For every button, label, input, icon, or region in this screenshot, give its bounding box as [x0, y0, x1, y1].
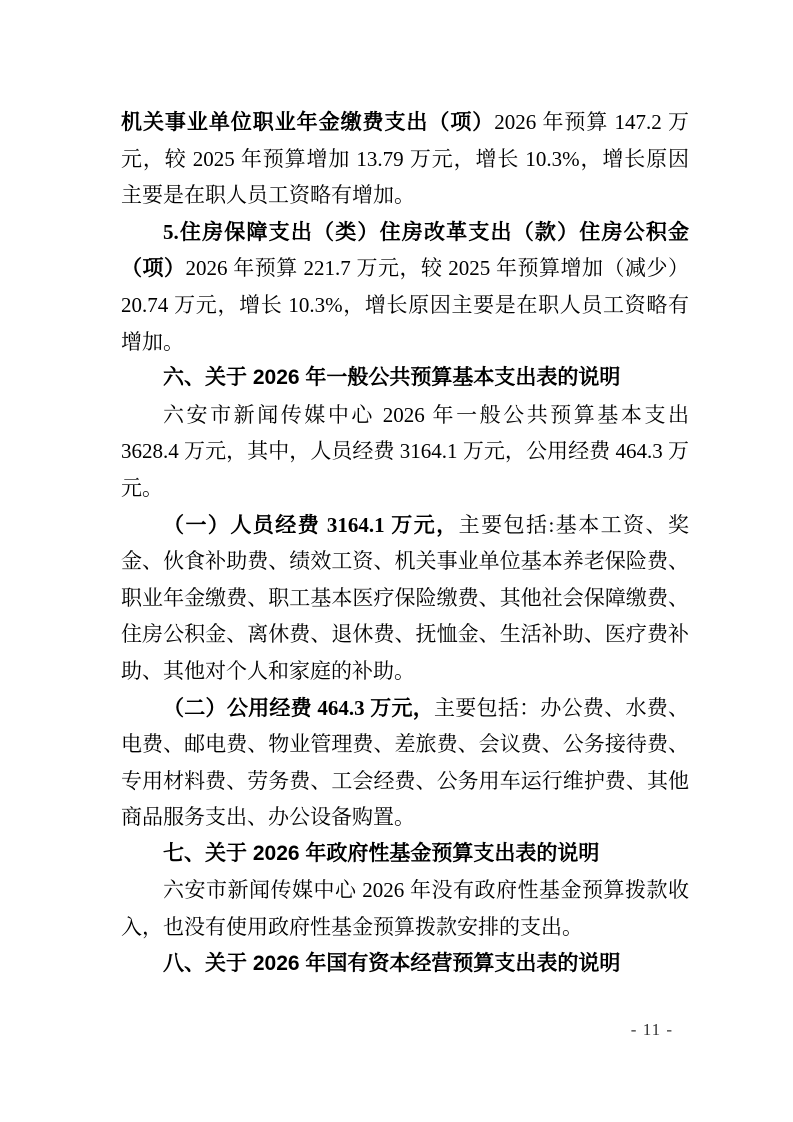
document-page: 机关事业单位职业年金缴费支出（项）2026 年预算 147.2 万元，较 202… [0, 0, 793, 1122]
paragraph: （一）人员经费 3164.1 万元，主要包括:基本工资、奖金、伙食补助费、绩效工… [121, 507, 689, 690]
paragraph: 机关事业单位职业年金缴费支出（项）2026 年预算 147.2 万元，较 202… [121, 104, 689, 214]
text-run: 六安市新闻传媒中心 2026 年没有政府性基金预算拨款收入，也没有使用政府性基金… [121, 878, 689, 939]
bold-text-run: 六、关于 2026 年一般公共预算基本支出表的说明 [163, 366, 620, 389]
paragraph: 六安市新闻传媒中心 2026 年一般公共预算基本支出 3628.4 万元，其中，… [121, 397, 689, 507]
text-run: 六安市新闻传媒中心 2026 年一般公共预算基本支出 3628.4 万元，其中，… [121, 403, 689, 500]
paragraph: 六安市新闻传媒中心 2026 年没有政府性基金预算拨款收入，也没有使用政府性基金… [121, 872, 689, 945]
section-heading: 八、关于 2026 年国有资本经营预算支出表的说明 [121, 946, 689, 983]
page-number: - 11 - [631, 1020, 673, 1040]
text-run: 2026 年预算 221.7 万元，较 2025 年预算增加（减少）20.74 … [121, 256, 689, 353]
paragraph: 5.住房保障支出（类）住房改革支出（款）住房公积金（项）2026 年预算 221… [121, 214, 689, 360]
bold-text-run: 八、关于 2026 年国有资本经营预算支出表的说明 [163, 952, 620, 975]
paragraph: （二）公用经费 464.3 万元，主要包括：办公费、水费、电费、邮电费、物业管理… [121, 690, 689, 836]
bold-text-run: （一）人员经费 3164.1 万元， [163, 513, 459, 537]
bold-text-run: 机关事业单位职业年金缴费支出（项） [121, 110, 494, 134]
bold-text-run: （二）公用经费 464.3 万元， [163, 696, 434, 720]
section-heading: 七、关于 2026 年政府性基金预算支出表的说明 [121, 836, 689, 873]
text-run: 主要包括:基本工资、奖金、伙食补助费、绩效工资、机关事业单位基本养老保险费、职业… [121, 513, 689, 683]
document-body: 机关事业单位职业年金缴费支出（项）2026 年预算 147.2 万元，较 202… [121, 104, 689, 982]
section-heading: 六、关于 2026 年一般公共预算基本支出表的说明 [121, 360, 689, 397]
bold-text-run: 七、关于 2026 年政府性基金预算支出表的说明 [163, 842, 599, 865]
